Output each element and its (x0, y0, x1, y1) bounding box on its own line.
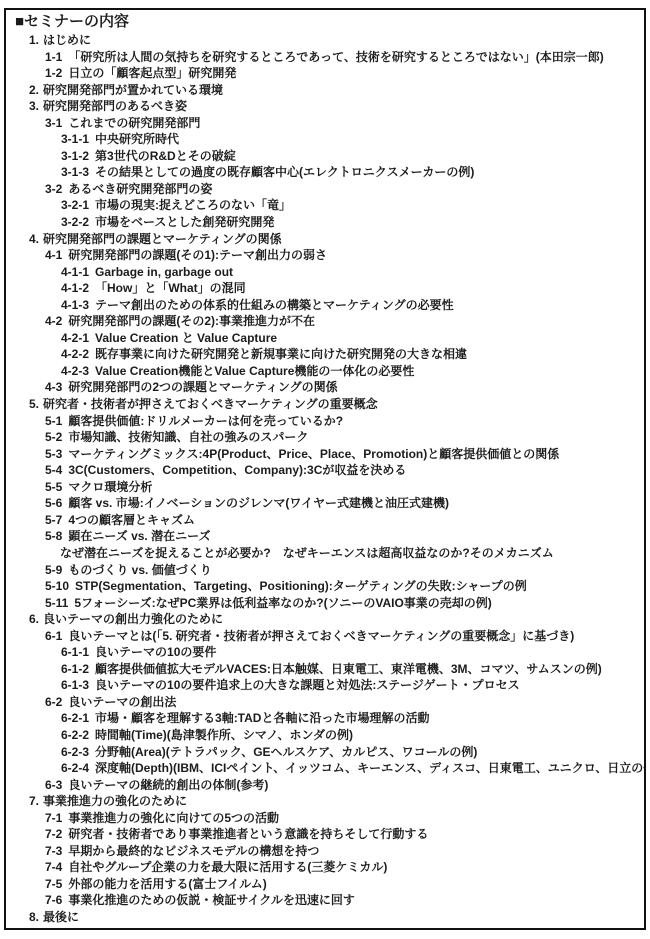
outline-item: 5-43C(Customers、Competition、Company):3Cが… (10, 462, 640, 479)
outline-item: 7-6事業化推進のための仮説・検証サイクルを迅速に回す (10, 892, 640, 909)
item-number: 1. (29, 33, 39, 47)
outline-item: 7-3早期から最終的なビジネスモデルの構想を持つ (10, 843, 640, 860)
item-text: 4つの顧客層とキャズム (68, 513, 195, 527)
outline-item: 5-6顧客 vs. 市場:イノベーションのジレンマ(ワイヤー式建機と油圧式建機) (10, 495, 640, 512)
item-text: 時間軸(Time)(島津製作所、シマノ、ホンダの例) (95, 728, 353, 742)
outline-item: 4-2-1Value Creation と Value Capture (10, 330, 640, 347)
item-text: STP(Segmentation、Targeting、Positioning):… (75, 579, 527, 593)
outline-item: 6.良いテーマの創出力強化のために (10, 611, 640, 628)
item-text: はじめに (43, 33, 91, 47)
outline-item: 7-1事業推進力の強化に向けての5つの活動 (10, 810, 640, 827)
item-text: Garbage in, garbage out (95, 265, 233, 279)
item-number: 4-1-2 (61, 281, 89, 295)
item-number: 5-11 (45, 596, 68, 610)
item-number: 6-2-4 (61, 761, 89, 775)
outline-item: 4-1-1Garbage in, garbage out (10, 264, 640, 281)
outline-item: 4-1-3テーマ創出のための体系的仕組みの構築とマーケティングの必要性 (10, 297, 640, 314)
outline-item: 4-1研究開発部門の課題(その1):テーマ創出力の弱さ (10, 247, 640, 264)
item-number: 7-2 (45, 827, 62, 841)
item-number: 3-2-2 (61, 215, 89, 229)
outline-item: 5-9ものづくり vs. 価値づくり (10, 562, 640, 579)
item-text: 事業推進力の強化のために (43, 794, 187, 808)
outline-item: 3-1これまでの研究開発部門 (10, 115, 640, 132)
outline-item: 3-1-2第3世代のR&Dとその破綻 (10, 148, 640, 165)
item-number: 7-6 (45, 893, 62, 907)
outline-item: 4-2-2既存事業に向けた研究開発と新規事業に向けた研究開発の大きな相違 (10, 346, 640, 363)
item-text: 第3世代のR&Dとその破綻 (95, 149, 236, 163)
item-number: 5-9 (45, 563, 62, 577)
item-number: 6-2-1 (61, 711, 89, 725)
item-number: 5-2 (45, 430, 62, 444)
outline-item: 2.研究開発部門が置かれている環境 (10, 82, 640, 99)
item-text: 研究開発部門の課題(その1):テーマ創出力の弱さ (68, 248, 327, 262)
item-number: 6-2-2 (61, 728, 89, 742)
item-number: 3-2 (45, 182, 62, 196)
item-number: 5-5 (45, 480, 62, 494)
outline-item: 5-5マクロ環境分析 (10, 479, 640, 496)
outline-item: 5-3マーケティングミックス:4P(Product、Price、Place、Pr… (10, 446, 640, 463)
item-number: 7-4 (45, 860, 62, 874)
outline-item: 6-2良いテーマの創出法 (10, 694, 640, 711)
outline-item: 6-1-1良いテーマの10の要件 (10, 644, 640, 661)
item-text: 外部の能力を活用する(富士フイルム) (68, 877, 266, 891)
item-text: 良いテーマの10の要件追求上の大きな課題と対処法:ステージゲート・プロセス (95, 678, 520, 692)
outline-item: なぜ潜在ニーズを捉えることが必要か? なぜキーエンスは超高収益なのか?そのメカニ… (10, 545, 640, 562)
item-text: 顧客提供価値:ドリルメーカーは何を売っているか? (68, 414, 343, 428)
item-number: 7-1 (45, 811, 62, 825)
item-number: 8. (29, 910, 39, 924)
item-number: 6-3 (45, 778, 62, 792)
item-number: 3-1-1 (61, 132, 89, 146)
item-number: 6-1-2 (61, 662, 89, 676)
item-number: 1-2 (45, 66, 62, 80)
item-number: 5-1 (45, 414, 62, 428)
outline-item: 6-3良いテーマの継続的創出の体制(参考) (10, 777, 640, 794)
outline-item: 1-2日立の「顧客起点型」研究開発 (10, 65, 640, 82)
outline-item: 3-1-3その結果としての過度の既存顧客中心(エレクトロニクスメーカーの例) (10, 164, 640, 181)
item-text: 良いテーマとは(「5. 研究者・技術者が押さえておくべきマーケティングの重要概念… (68, 629, 574, 643)
outline-item: 5-1顧客提供価値:ドリルメーカーは何を売っているか? (10, 413, 640, 430)
outline-item: 5-74つの顧客層とキャズム (10, 512, 640, 529)
outline-item: 6-1-3良いテーマの10の要件追求上の大きな課題と対処法:ステージゲート・プロ… (10, 677, 640, 694)
item-text: 「How」と「What」の混同 (95, 281, 246, 295)
seminar-outline-list: 1.はじめに1-1「研究所は人間の気持ちを研究するところであって、技術を研究する… (10, 32, 640, 926)
outline-item: 3-2あるべき研究開発部門の姿 (10, 181, 640, 198)
item-text: 事業化推進のための仮説・検証サイクルを迅速に回す (68, 893, 355, 907)
item-text: 良いテーマの創出力強化のために (43, 612, 223, 626)
item-number: 3-2-1 (61, 198, 89, 212)
item-number: 4-2-2 (61, 347, 89, 361)
item-text: 顧客 vs. 市場:イノベーションのジレンマ(ワイヤー式建機と油圧式建機) (68, 496, 449, 510)
outline-item: 7.事業推進力の強化のために (10, 793, 640, 810)
item-text: Value Creation と Value Capture (95, 331, 277, 345)
item-number: 6-2-3 (61, 745, 89, 759)
item-text: 良いテーマの10の要件 (95, 645, 216, 659)
item-text: 5フォーシーズ:なぜPC業界は低利益率なのか?(ソニーのVAIO事業の売却の例) (74, 596, 491, 610)
item-text: その結果としての過度の既存顧客中心(エレクトロニクスメーカーの例) (95, 165, 474, 179)
outline-item: 4-1-2「How」と「What」の混同 (10, 280, 640, 297)
item-text: 研究者・技術者であり事業推進者という意識を持ちそして行動する (68, 827, 428, 841)
item-text: Value Creation機能とValue Capture機能の一体化の必要性 (95, 364, 414, 378)
item-text: 研究開発部門のあるべき姿 (43, 99, 187, 113)
item-number: 5-3 (45, 447, 62, 461)
outline-item: 5-10STP(Segmentation、Targeting、Positioni… (10, 578, 640, 595)
item-text: 研究開発部門の課題とマーケティングの関係 (43, 232, 282, 246)
item-number: 3-1 (45, 116, 62, 130)
item-text: 中央研究所時代 (95, 132, 179, 146)
item-text: 分野軸(Area)(テトラパック、GEヘルスケア、カルピス、ワコールの例) (95, 745, 477, 759)
item-text: 既存事業に向けた研究開発と新規事業に向けた研究開発の大きな相違 (95, 347, 467, 361)
item-number: 6-1-1 (61, 645, 89, 659)
seminar-outline-sheet: ■セミナーの内容 1.はじめに1-1「研究所は人間の気持ちを研究するところであっ… (4, 8, 646, 930)
item-text: 3C(Customers、Competition、Company):3Cが収益を… (68, 463, 406, 477)
outline-item: 8.最後に (10, 909, 640, 926)
outline-item: 4.研究開発部門の課題とマーケティングの関係 (10, 231, 640, 248)
item-number: 4-2-1 (61, 331, 89, 345)
item-text: マクロ環境分析 (68, 480, 152, 494)
item-text: 「研究所は人間の気持ちを研究するところであって、技術を研究するところではない」(… (68, 50, 603, 64)
item-number: 7. (29, 794, 39, 808)
item-number: 5-7 (45, 513, 62, 527)
item-number: 3-1-3 (61, 165, 89, 179)
outline-item: 6-2-3分野軸(Area)(テトラパック、GEヘルスケア、カルピス、ワコールの… (10, 744, 640, 761)
item-text: 良いテーマの継続的創出の体制(参考) (68, 778, 268, 792)
outline-item: 6-2-1市場・顧客を理解する3軸:TADと各軸に沿った市場理解の活動 (10, 710, 640, 727)
item-text: 最後に (43, 910, 79, 924)
item-text: 研究開発部門の2つの課題とマーケティングの関係 (68, 380, 337, 394)
item-text: 自社やグループ企業の力を最大限に活用する(三菱ケミカル) (68, 860, 387, 874)
item-number: 3. (29, 99, 39, 113)
item-text: 顧客提供価値拡大モデルVACES:日本触媒、日東電工、東洋電機、3M、コマツ、サ… (95, 662, 602, 676)
outline-item: 3-2-2市場をベースとした創発研究開発 (10, 214, 640, 231)
item-text: 事業推進力の強化に向けての5つの活動 (68, 811, 279, 825)
item-number: 6. (29, 612, 39, 626)
item-number: 4-2 (45, 314, 62, 328)
item-text: 研究者・技術者が押さえておくべきマーケティングの重要概念 (43, 397, 378, 411)
item-number: 2. (29, 83, 39, 97)
item-number: 5-4 (45, 463, 62, 477)
item-number: 3-1-2 (61, 149, 89, 163)
outline-item: 6-1-2顧客提供価値拡大モデルVACES:日本触媒、日東電工、東洋電機、3M、… (10, 661, 640, 678)
outline-item: 4-3研究開発部門の2つの課題とマーケティングの関係 (10, 379, 640, 396)
item-text: 日立の「顧客起点型」研究開発 (68, 66, 236, 80)
outline-item: 4-2研究開発部門の課題(その2):事業推進力が不在 (10, 313, 640, 330)
item-number: 5. (29, 397, 39, 411)
outline-item: 5.研究者・技術者が押さえておくべきマーケティングの重要概念 (10, 396, 640, 413)
outline-item: 3.研究開発部門のあるべき姿 (10, 98, 640, 115)
item-number: 4-1-1 (61, 265, 89, 279)
outline-item: 1.はじめに (10, 32, 640, 49)
item-text: ものづくり vs. 価値づくり (68, 563, 211, 577)
item-text: 良いテーマの創出法 (68, 695, 176, 709)
item-text: あるべき研究開発部門の姿 (68, 182, 212, 196)
item-number: 5-10 (45, 579, 69, 593)
item-number: 4-1 (45, 248, 62, 262)
item-text: 市場の現実:捉えどころのない「竜」 (95, 198, 291, 212)
item-number: 6-2 (45, 695, 62, 709)
outline-item: 3-2-1市場の現実:捉えどころのない「竜」 (10, 197, 640, 214)
item-number: 7-5 (45, 877, 62, 891)
item-text: 顕在ニーズ vs. 潜在ニーズ (68, 529, 210, 543)
item-number: 5-6 (45, 496, 62, 510)
outline-item: 5-115フォーシーズ:なぜPC業界は低利益率なのか?(ソニーのVAIO事業の売… (10, 595, 640, 612)
outline-item: 7-4自社やグループ企業の力を最大限に活用する(三菱ケミカル) (10, 859, 640, 876)
outline-item: 1-1「研究所は人間の気持ちを研究するところであって、技術を研究するところではな… (10, 49, 640, 66)
item-number: 6-1 (45, 629, 62, 643)
item-text: これまでの研究開発部門 (68, 116, 200, 130)
item-number: 4-2-3 (61, 364, 89, 378)
item-number: 1-1 (45, 50, 62, 64)
item-text: 市場をベースとした創発研究開発 (95, 215, 274, 229)
item-number: 4-1-3 (61, 298, 89, 312)
outline-item: 7-2研究者・技術者であり事業推進者という意識を持ちそして行動する (10, 826, 640, 843)
outline-item: 5-8顕在ニーズ vs. 潜在ニーズ (10, 528, 640, 545)
item-text: マーケティングミックス:4P(Product、Price、Place、Promo… (68, 447, 559, 461)
item-text: 研究開発部門の課題(その2):事業推進力が不在 (68, 314, 315, 328)
outline-item: 7-5外部の能力を活用する(富士フイルム) (10, 876, 640, 893)
item-number: 6-1-3 (61, 678, 89, 692)
item-text: テーマ創出のための体系的仕組みの構築とマーケティングの必要性 (95, 298, 454, 312)
item-number: 7-3 (45, 844, 62, 858)
item-number: 4-3 (45, 380, 62, 394)
item-text: 市場・顧客を理解する3軸:TADと各軸に沿った市場理解の活動 (95, 711, 429, 725)
outline-item: 5-2市場知識、技術知識、自社の強みのスパーク (10, 429, 640, 446)
item-text: なぜ潜在ニーズを捉えることが必要か? なぜキーエンスは超高収益なのか?そのメカニ… (60, 546, 554, 560)
outline-item: 6-2-2時間軸(Time)(島津製作所、シマノ、ホンダの例) (10, 727, 640, 744)
outline-item: 4-2-3Value Creation機能とValue Capture機能の一体… (10, 363, 640, 380)
item-text: 深度軸(Depth)(IBM、ICIペイント、イッツコム、キーエンス、ディスコ、… (95, 761, 646, 775)
item-text: 研究開発部門が置かれている環境 (43, 83, 223, 97)
item-number: 4. (29, 232, 39, 246)
item-text: 市場知識、技術知識、自社の強みのスパーク (68, 430, 308, 444)
outline-item: 6-1良いテーマとは(「5. 研究者・技術者が押さえておくべきマーケティングの重… (10, 628, 640, 645)
item-number: 5-8 (45, 529, 62, 543)
item-text: 早期から最終的なビジネスモデルの構想を持つ (68, 844, 319, 858)
outline-item: 6-2-4深度軸(Depth)(IBM、ICIペイント、イッツコム、キーエンス、… (10, 760, 640, 777)
page-title: ■セミナーの内容 (10, 12, 640, 32)
outline-item: 3-1-1中央研究所時代 (10, 131, 640, 148)
